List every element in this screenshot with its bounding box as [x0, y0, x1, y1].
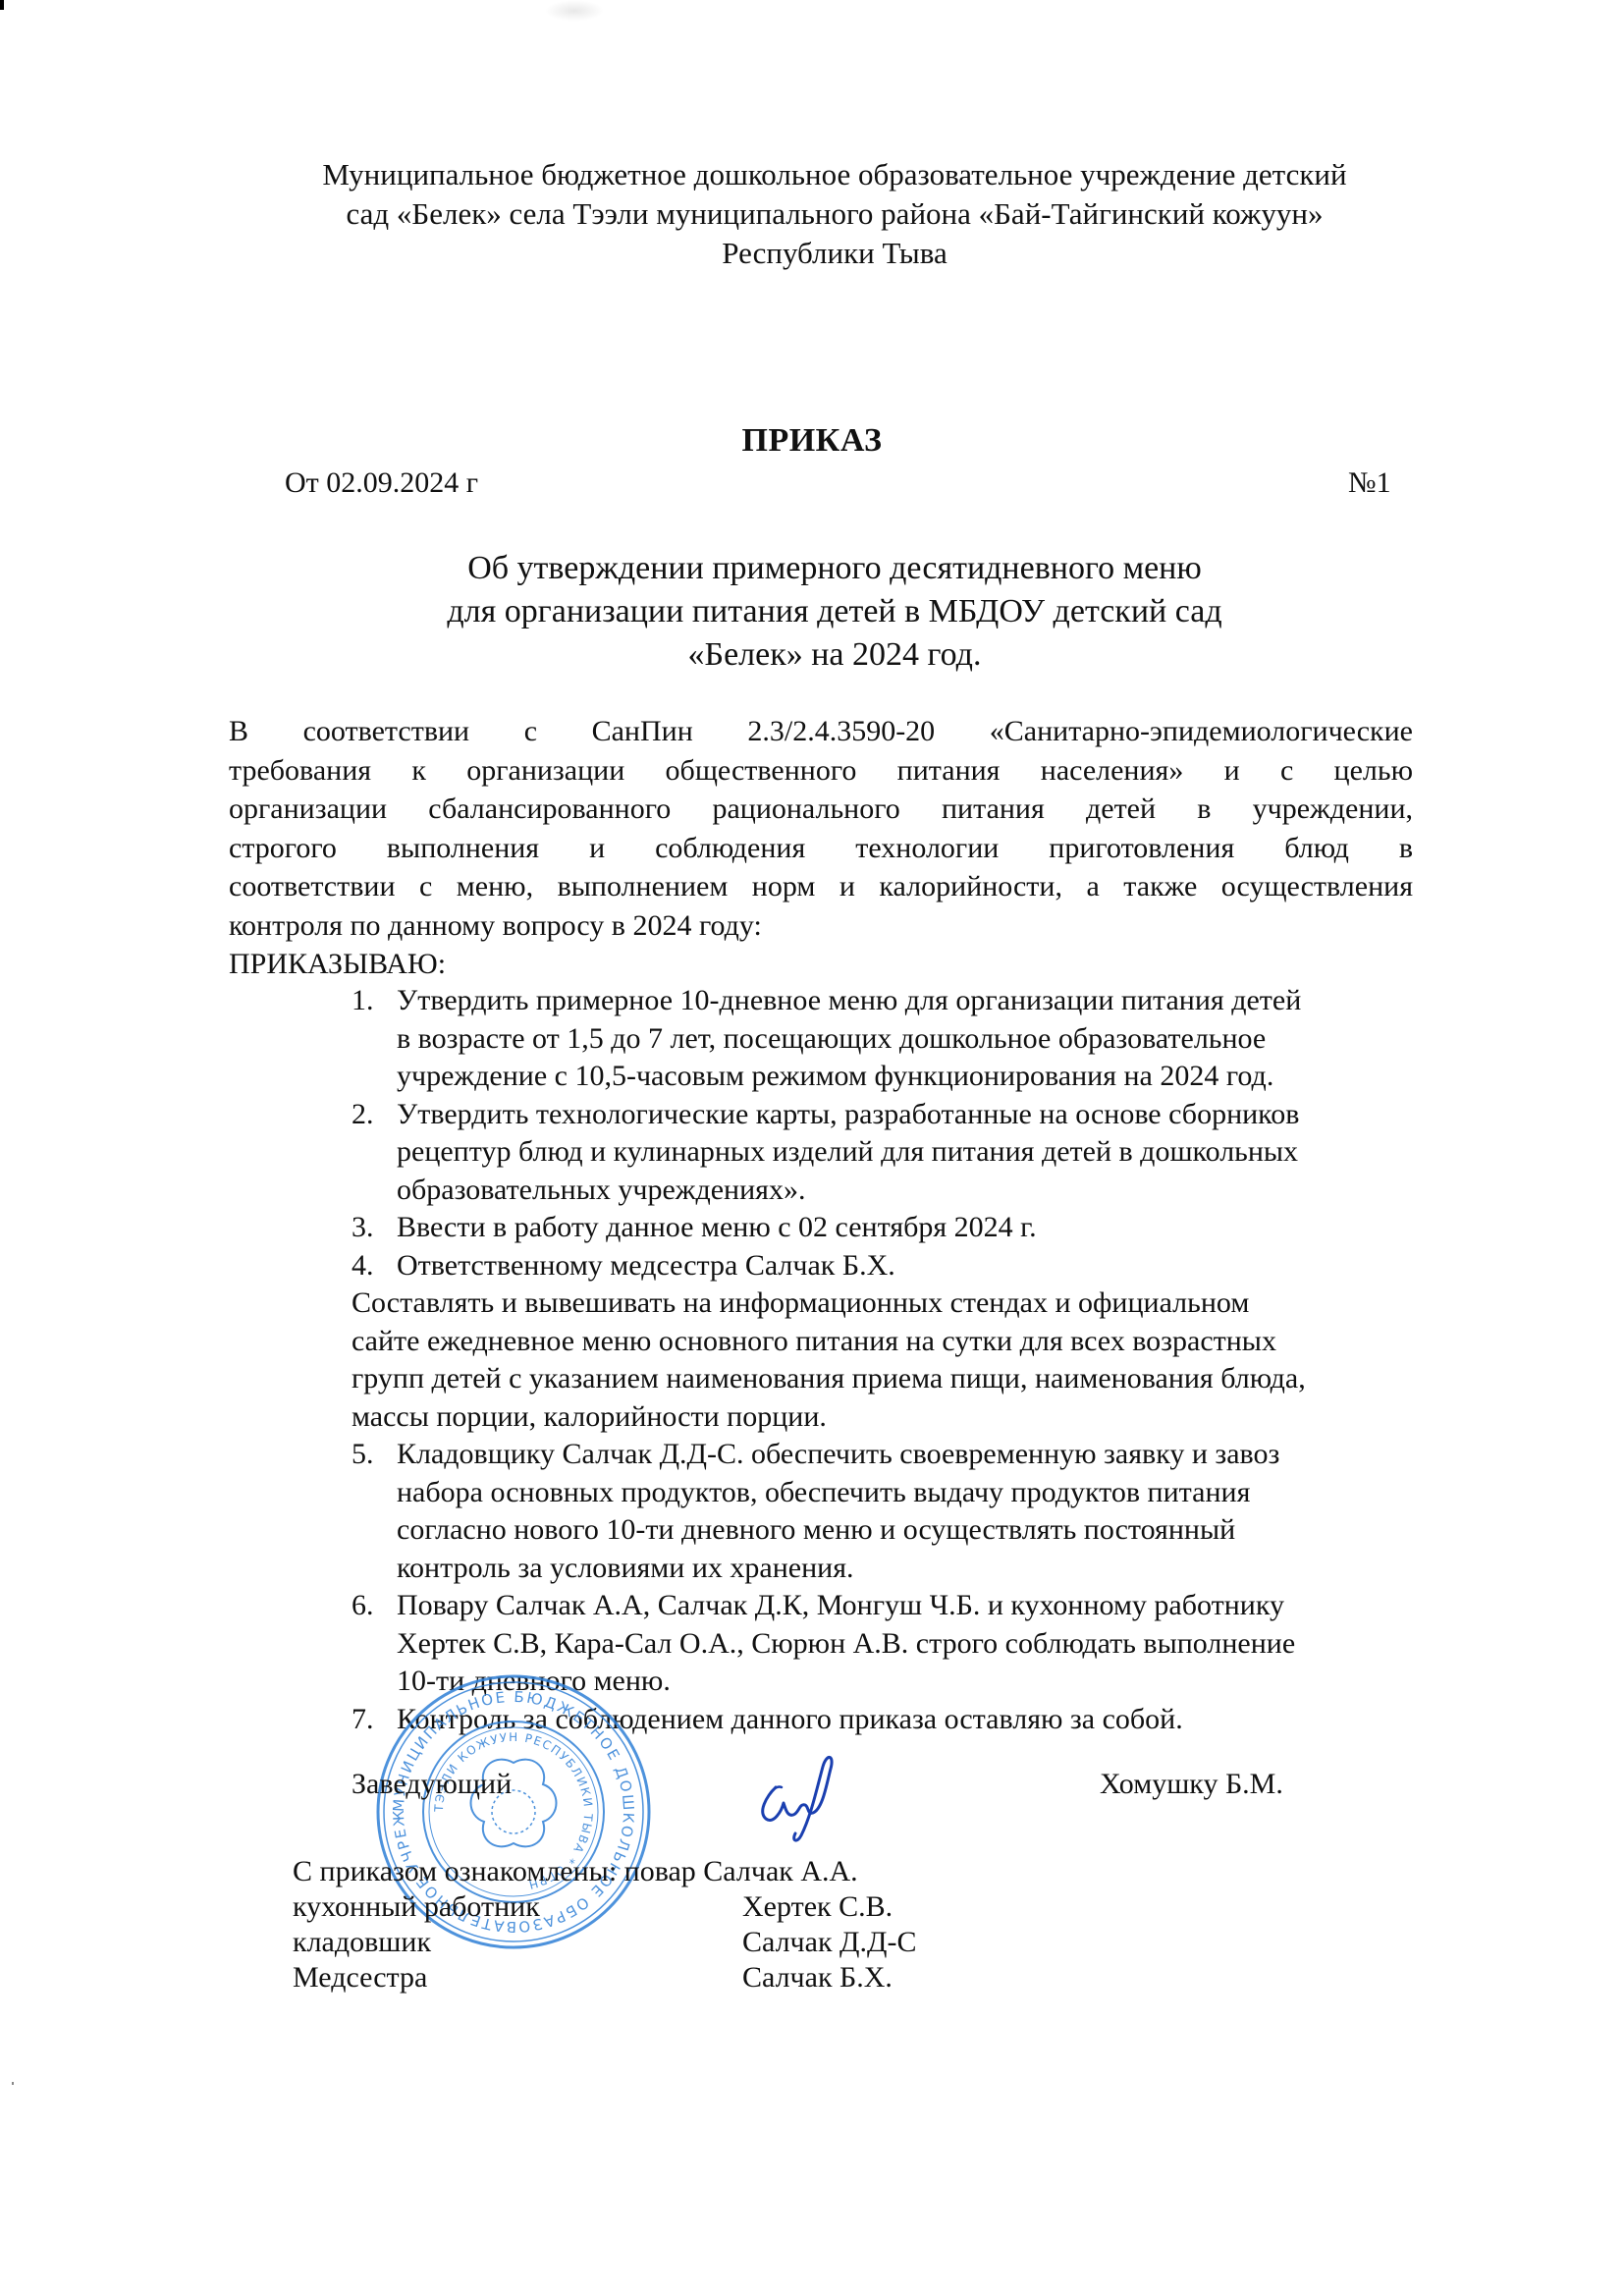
acknowledgement-row: Медсестра Салчак Б.Х. — [293, 1960, 980, 1995]
preamble-line: В соответствии с СанПин 2.3/2.4.3590-20 … — [229, 712, 1413, 751]
item-line: Кладовщику Салчак Д.Д-С. обеспечить свое… — [397, 1436, 1422, 1474]
preamble-line: требования к организации общественного п… — [229, 751, 1413, 791]
ack-name: Салчак Д.Д-С — [742, 1925, 916, 1960]
document-title: ПРИКАЗ — [0, 422, 1624, 460]
item-line: набора основных продуктов, обеспечить вы… — [397, 1474, 1422, 1512]
document-subject: Об утверждении примерного десятидневного… — [295, 547, 1375, 677]
acknowledgement-intro: С приказом ознакомлены: повар Салчак А.А… — [293, 1854, 980, 1889]
org-line: Муниципальное бюджетное дошкольное образ… — [255, 155, 1414, 194]
ack-name: Салчак Б.Х. — [742, 1960, 893, 1995]
signature-icon — [746, 1748, 844, 1856]
order-item-4-continuation: Составлять и вывешивать на информационны… — [352, 1285, 1422, 1436]
item-line: Ответственному медсестра Салчак Б.Х. — [397, 1247, 1422, 1285]
continuation-line: сайте ежедневное меню основного питания … — [352, 1323, 1422, 1361]
signatory-name: Хомушку Б.М. — [1100, 1768, 1283, 1801]
subject-line: «Белек» на 2024 год. — [295, 633, 1375, 677]
ack-role: кладовшик — [293, 1925, 431, 1960]
item-line: в возрасте от 1,5 до 7 лет, посещающих д… — [397, 1020, 1422, 1059]
order-item-1: 1. Утвердить примерное 10-дневное меню д… — [352, 982, 1422, 1096]
order-item-4: 4. Ответственному медсестра Салчак Б.Х. — [352, 1247, 1422, 1285]
preamble-line: организации сбалансированного рациональн… — [229, 790, 1413, 829]
item-line: согласно нового 10-ти дневного меню и ос… — [397, 1511, 1422, 1550]
acknowledgement-row: кухонный работник Хертек С.В. — [293, 1889, 980, 1925]
item-line: образовательных учреждениях». — [397, 1172, 1422, 1210]
item-number: 2. — [352, 1096, 397, 1210]
order-item-2: 2. Утвердить технологические карты, разр… — [352, 1096, 1422, 1210]
ack-name: Хертек С.В. — [742, 1889, 893, 1925]
item-line: рецептур блюд и кулинарных изделий для п… — [397, 1133, 1422, 1172]
item-number: 5. — [352, 1436, 397, 1587]
continuation-line: Составлять и вывешивать на информационны… — [352, 1285, 1422, 1323]
order-word: ПРИКАЗЫВАЮ: — [229, 945, 1413, 984]
organization-header: Муниципальное бюджетное дошкольное образ… — [255, 155, 1414, 273]
acknowledgement-row: кладовшик Салчак Д.Д-С — [293, 1925, 980, 1960]
document-number: №1 — [1348, 466, 1391, 500]
item-line: Утвердить технологические карты, разрабо… — [397, 1096, 1422, 1134]
item-line: Повару Салчак А.А, Салчак Д.К, Монгуш Ч.… — [397, 1587, 1422, 1625]
item-line: Хертек С.В, Кара-Сал О.А., Сюрюн А.В. ст… — [397, 1625, 1422, 1664]
order-items: 1. Утвердить примерное 10-дневное меню д… — [352, 982, 1422, 1738]
item-line: Утвердить примерное 10-дневное меню для … — [397, 982, 1422, 1020]
document-date: От 02.09.2024 г — [285, 466, 478, 500]
scan-smudge — [545, 0, 604, 22]
ack-role: Медсестра — [293, 1960, 427, 1995]
item-line: учреждение с 10,5-часовым режимом функци… — [397, 1058, 1422, 1096]
acknowledgement-block: С приказом ознакомлены: повар Салчак А.А… — [293, 1854, 980, 1995]
signatory-role: Заведующий — [352, 1768, 512, 1801]
order-item-3: 3. Ввести в работу данное меню с 02 сент… — [352, 1209, 1422, 1247]
item-number: 1. — [352, 982, 397, 1096]
order-item-5: 5. Кладовщику Салчак Д.Д-С. обеспечить с… — [352, 1436, 1422, 1587]
item-line: Ввести в работу данное меню с 02 сентябр… — [397, 1209, 1422, 1247]
item-line: контроль за условиями их хранения. — [397, 1550, 1422, 1588]
continuation-line: массы порции, калорийности порции. — [352, 1398, 1422, 1437]
subject-line: Об утверждении примерного десятидневного… — [295, 547, 1375, 590]
preamble-line: контроля по данному вопросу в 2024 году: — [229, 906, 1413, 946]
preamble-line: строгого выполнения и соблюдения техноло… — [229, 829, 1413, 868]
item-number: 4. — [352, 1247, 397, 1285]
item-number: 3. — [352, 1209, 397, 1247]
ack-intro-text: С приказом ознакомлены: повар Салчак А.А… — [293, 1854, 858, 1889]
scan-corner-mark — [0, 0, 4, 10]
org-line: сад «Белек» села Тээли муниципального ра… — [255, 194, 1414, 234]
subject-line: для организации питания детей в МБДОУ де… — [295, 590, 1375, 633]
preamble: В соответствии с СанПин 2.3/2.4.3590-20 … — [229, 712, 1413, 984]
scan-speck — [12, 2082, 14, 2085]
scanned-page: Муниципальное бюджетное дошкольное образ… — [0, 0, 1624, 2296]
ack-role: кухонный работник — [293, 1889, 540, 1925]
continuation-line: групп детей с указанием наименования при… — [352, 1360, 1422, 1398]
preamble-line: соответствии с меню, выполнением норм и … — [229, 867, 1413, 906]
org-line: Республики Тыва — [255, 234, 1414, 273]
